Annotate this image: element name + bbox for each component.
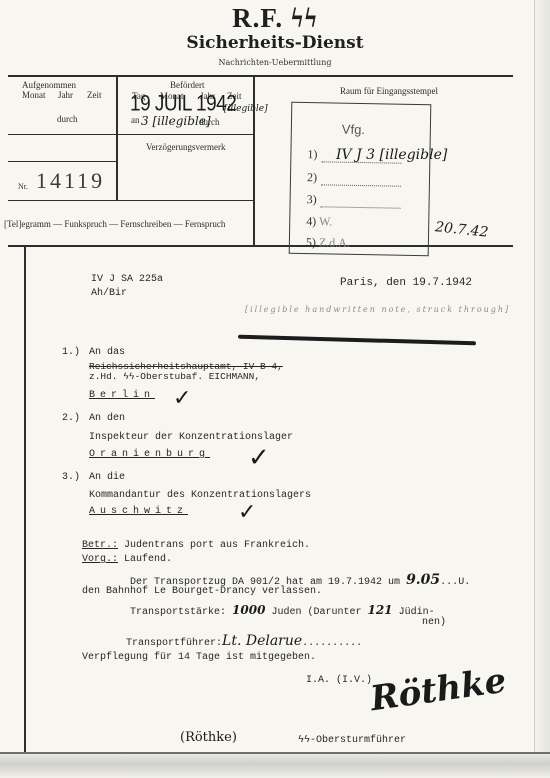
recipient-3-city: Auschwitz — [89, 506, 188, 518]
departure-station-line: den Bahnhof Le Bourget-Drancy verlassen. — [82, 586, 322, 598]
receipt-stamp: Vfg. 1) 2) 3) 4) W. 5) Z.d.A. — [289, 102, 432, 256]
receipt-stamp-title: Vfg. — [342, 122, 365, 137]
paper-bottom-edge — [0, 752, 550, 778]
receipt-line-5: 5) Z.d.A. — [306, 235, 350, 251]
recipient-2-prefix: An den — [89, 413, 125, 425]
reference-number: IV J SA 225a — [91, 274, 163, 286]
document-page: R.F. ϟϟ Sicherheits-Dienst Nachrichten-U… — [0, 0, 550, 778]
form-col-divider-2 — [253, 76, 255, 246]
signer-rank: ϟϟ-Obersturmführer — [298, 735, 406, 747]
place-and-date: Paris, den 19.7.1942 — [340, 277, 472, 290]
handwritten-receipt-date: 20.7.42 — [434, 219, 489, 240]
form-top-rule — [8, 75, 513, 77]
receipt-line-4: 4) W. — [306, 214, 332, 229]
transport-leader-line: Transportführer:Lt. Delarue.......... — [126, 633, 362, 650]
recipient-1-prefix: An das — [89, 347, 125, 359]
signer-name: (Röthke) — [180, 730, 237, 745]
transport-strength-line: Transportstärke: 1000 Juden (Darunter 12… — [130, 603, 435, 619]
letterhead-sicherheitsdienst: Sicherheits-Dienst — [0, 33, 550, 53]
paper-right-edge — [534, 0, 550, 778]
handwritten-signature: Röthke — [368, 661, 509, 720]
reference-line: Vorg.: Laufend. — [82, 554, 172, 566]
checkmark-icon: ✓ — [248, 443, 270, 473]
receipt-line-3: 3) — [307, 192, 401, 209]
signature-authority: I.A. (I.V.) — [306, 675, 372, 687]
befoerdert-durch: durch — [199, 117, 220, 127]
strikethrough-stroke — [238, 335, 476, 346]
eingangsstempel-label: Raum für Eingangsstempel — [340, 86, 438, 96]
recipient-2-number: 2.) — [62, 413, 80, 425]
transmission-types: [Tel]egramm — Funkspruch — Fernschreiben… — [4, 219, 225, 229]
provisions-line: Verpflegung für 14 Tage ist mitgegeben. — [82, 652, 316, 664]
handwritten-leader: Lt. Delarue — [222, 633, 302, 649]
verzoegerung-label: Verzögerungsvermerk — [146, 142, 225, 152]
handwritten-women-count: 121 — [367, 603, 392, 617]
aufgenommen-label: Aufgenommen — [22, 80, 76, 90]
handwritten-zeit: [illegible] — [224, 104, 268, 114]
recipient-3-number: 3.) — [62, 472, 80, 484]
handwritten-routing-note: IV J 3 [illegible] — [336, 147, 447, 163]
form-row-rule-2 — [8, 161, 116, 162]
form-row-rule-1 — [8, 134, 254, 135]
aufgenommen-monat: Monat — [22, 90, 46, 100]
recipient-2-city: Oranienburg — [89, 449, 210, 461]
handwritten-strength: 1000 — [232, 603, 265, 617]
handwritten-time: 9.05 — [406, 572, 440, 588]
subject-line: Betr.: Judentrans port aus Frankreich. — [82, 540, 310, 552]
typist-initials: Ah/Bir — [91, 288, 127, 300]
message-number: 14119 — [36, 168, 105, 194]
recipient-1-attention: z.Hd. ϟϟ-Oberstubaf. EICHMANN, — [89, 371, 260, 383]
checkmark-icon: ✓ — [173, 386, 191, 411]
checkmark-icon: ✓ — [238, 500, 256, 525]
befoerdert-an: an — [131, 115, 140, 125]
women-line-continued: nen) — [422, 617, 446, 629]
recipient-1-city: Berlin — [89, 390, 155, 402]
letterhead-subtitle: Nachrichten-Uebermittlung — [0, 58, 550, 67]
aufgenommen-durch: durch — [57, 114, 78, 124]
left-margin-rule — [24, 246, 26, 754]
recipient-3-prefix: An die — [89, 472, 125, 484]
form-bottom-rule — [8, 245, 513, 247]
aufgenommen-jahr: Jahr — [58, 90, 73, 100]
recipient-1-number: 1.) — [62, 347, 80, 359]
recipient-3-office: Kommandantur des Konzentrationslagers — [89, 490, 311, 502]
receipt-line-2: 2) — [307, 170, 401, 187]
message-number-label: Nr. — [18, 182, 28, 191]
letterhead-rf: R.F. ϟϟ — [0, 3, 550, 34]
form-col-divider-1 — [116, 76, 118, 201]
befoerdert-label: Befördert — [170, 80, 204, 90]
aufgenommen-zeit: Zeit — [87, 90, 102, 100]
handwritten-note: [illegible handwritten note, struck thro… — [245, 305, 510, 314]
form-row-rule-3 — [8, 200, 254, 201]
